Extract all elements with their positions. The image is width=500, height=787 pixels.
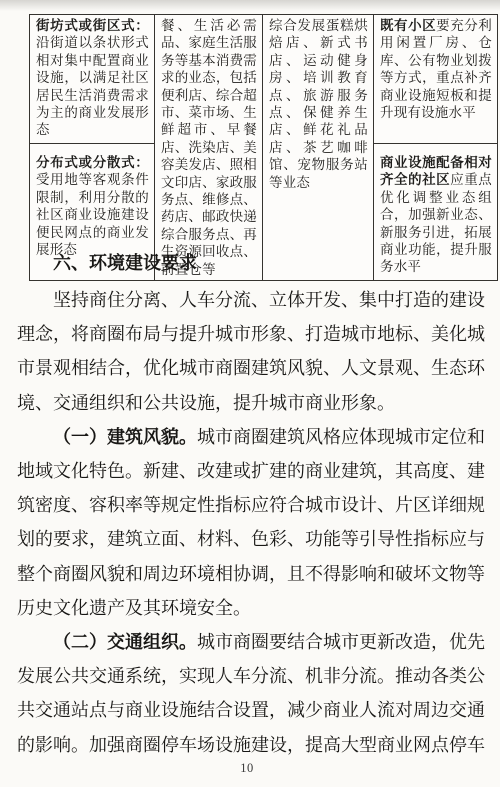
cell-text-comprehensive-business: 综合发展蛋糕烘焙店、新式书店、运动健身房、培训教育点、旅游服务点、保健养生店、鲜… [269, 18, 368, 190]
table-cell-comprehensive-business-formats: 综合发展蛋糕烘焙店、新式书店、运动健身房、培训教育点、旅游服务点、保健养生店、鲜… [263, 15, 374, 281]
paragraph-intro-text: 坚持商住分离、人车分流、立体开发、集中打造的建设理念，将商圈布局与提升城市形象、… [17, 290, 485, 413]
cell-term-existing-community: 既有小区 [380, 18, 436, 33]
paragraph-traffic-label: （二）交通组织。 [53, 632, 197, 652]
cell-term-distributed: 分布式或分散式： [36, 155, 149, 170]
page-number: 10 [0, 761, 494, 776]
section-heading-environment: 六、环境建设要求 [17, 246, 485, 280]
cell-text-basic-business: 餐、生活必需品、家庭生活服务等基本消费需求的业态，包括便利店、综合超市、菜市场、… [161, 18, 257, 277]
cell-text-existing-community: 要充分利用闲置厂房、仓库、公有物业划拨等方式，重点补齐商业设施短板和提升现有设施… [380, 18, 492, 120]
table-cell-street-block-type: 街坊式或街区式：沿街道以条状形式相对集中配置商业设施，以满足社区居民生活消费需求… [30, 15, 155, 144]
cell-text-street-block: 沿街道以条状形式相对集中配置商业设施，以满足社区居民生活消费需求为主的商业发展形… [36, 35, 149, 137]
paragraph-traffic-organization: （二）交通组织。城市商圈要结合城市更新改造，优先发展公共交通系统，实现人车分流、… [17, 625, 485, 762]
document-page: 街坊式或街区式：沿街道以条状形式相对集中配置商业设施，以满足社区居民生活消费需求… [0, 0, 500, 787]
document-body: 六、环境建设要求 坚持商住分离、人车分流、立体开发、集中打造的建设理念，将商圈布… [17, 246, 485, 762]
paragraph-architectural-style: （一）建筑风貌。城市商圈建筑风格应体现城市定位和地域文化特色。新建、改建或扩建的… [17, 420, 485, 625]
paragraph-architectural-text: 城市商圈建筑风格应体现城市定位和地域文化特色。新建、改建或扩建的商业建筑，其高度… [17, 427, 485, 618]
community-business-table: 街坊式或街区式：沿街道以条状形式相对集中配置商业设施，以满足社区居民生活消费需求… [29, 14, 498, 281]
table-cell-basic-business-formats: 餐、生活必需品、家庭生活服务等基本消费需求的业态，包括便利店、综合超市、菜市场、… [155, 15, 263, 281]
paragraph-intro: 坚持商住分离、人车分流、立体开发、集中打造的建设理念，将商圈布局与提升城市形象、… [17, 283, 485, 420]
cell-term-street-block: 街坊式或街区式： [36, 18, 149, 33]
scan-edge-shadow [0, 0, 500, 11]
cell-text-distributed: 受用地等客观条件限制，利用分散的社区商业设施建设便民网点的商业发展形态 [36, 172, 149, 257]
paragraph-architectural-label: （一）建筑风貌。 [53, 427, 197, 447]
table-cell-existing-community: 既有小区要充分利用闲置厂房、仓库、公有物业划拨等方式，重点补齐商业设施短板和提升… [374, 15, 498, 144]
